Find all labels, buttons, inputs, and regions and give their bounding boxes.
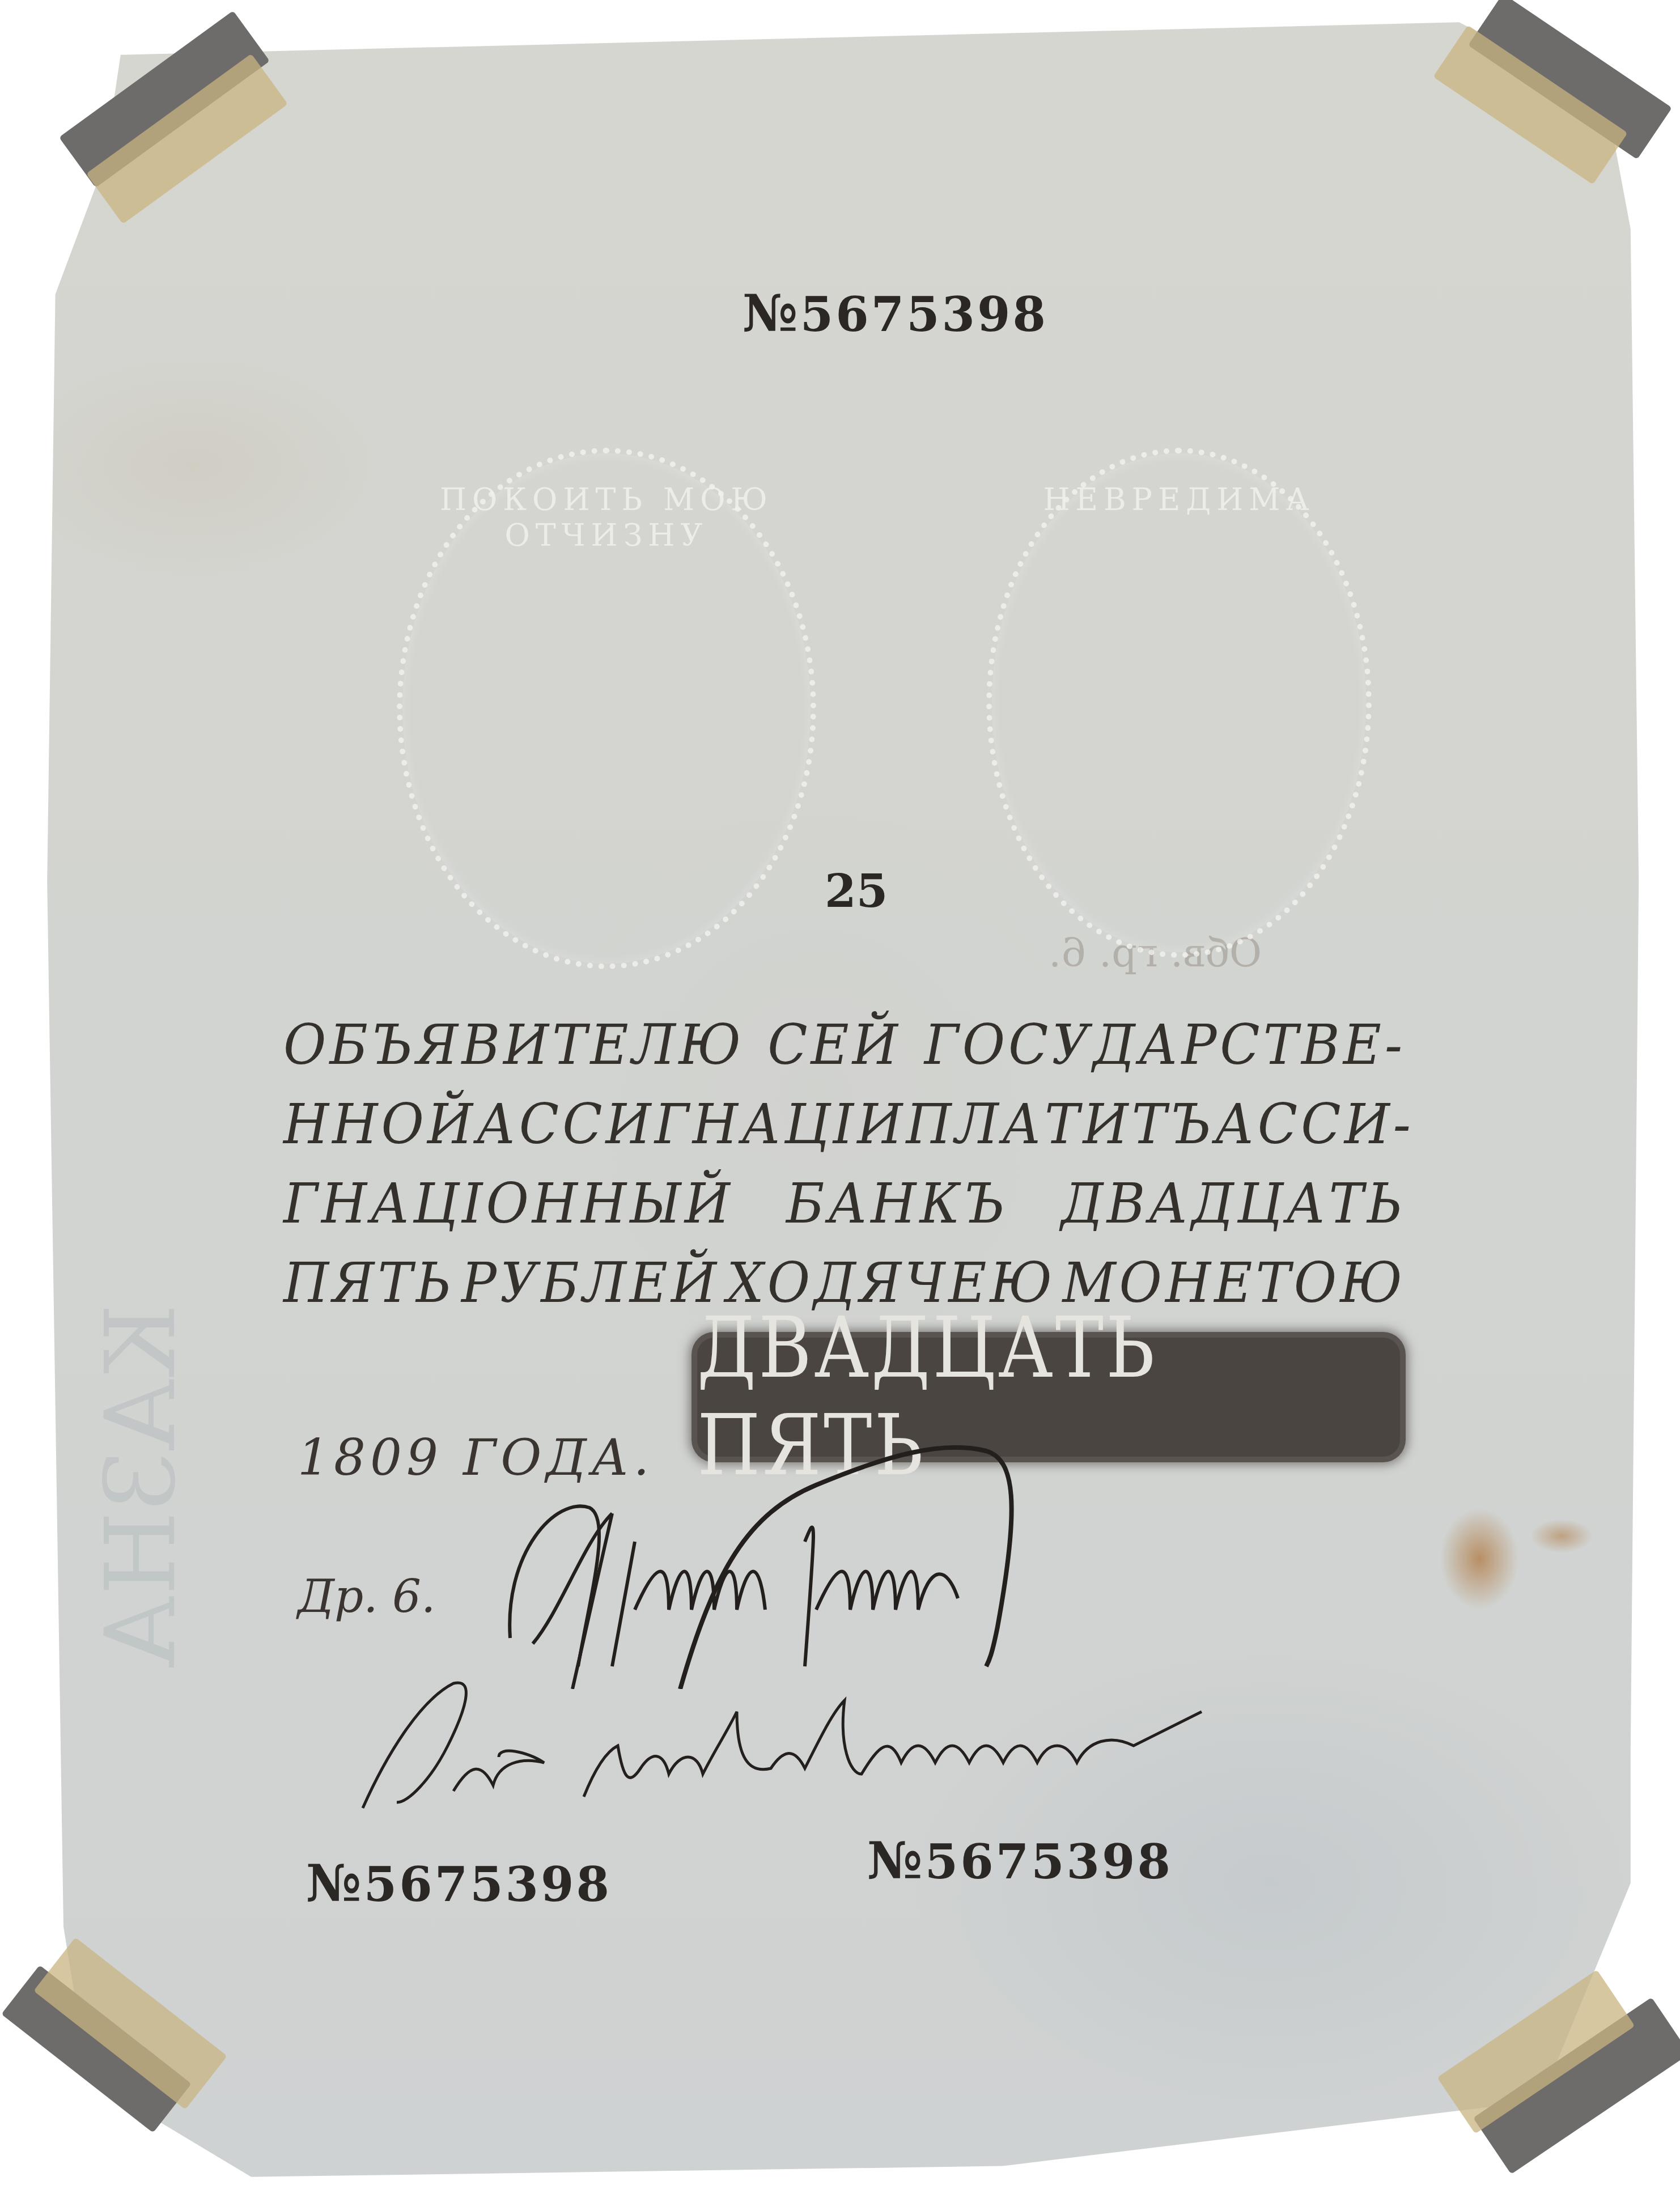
signature-director xyxy=(317,1372,1508,1689)
serial-number-value: 5675398 xyxy=(364,1856,612,1912)
word: ОБЪЯВИТЕЛЮ xyxy=(283,1013,744,1076)
corner-tape-bottom-right xyxy=(1406,1933,1680,2193)
bleed-through-vertical-text: КАЗНА xyxy=(85,1304,197,1668)
body-text-line-2: ННОЙ АССИГНАЦІИ ПЛАТИТЪ АССИ- xyxy=(283,1092,1406,1156)
corner-tape-top-left xyxy=(23,34,261,238)
numero-sign: № xyxy=(867,1831,925,1891)
watermark-left-text: ПОКОИТЬ МОЮ ОТЧИЗНУ xyxy=(402,482,811,553)
watermark-oval-left: ПОКОИТЬ МОЮ ОТЧИЗНУ xyxy=(397,448,816,969)
word: ГОСУДАРСТВЕ- xyxy=(924,1013,1406,1076)
word: ПЛАТИТЪ xyxy=(906,1092,1215,1156)
denomination-numeral: 25 xyxy=(825,864,888,918)
word: СЕЙ xyxy=(767,1013,901,1076)
word: АССИГНАЦІИ xyxy=(476,1092,906,1156)
word: ДВАДЦАТЬ xyxy=(1061,1172,1406,1235)
corner-tape-top-right xyxy=(1400,0,1680,170)
numero-sign: № xyxy=(306,1853,364,1913)
body-text-line-1: ОБЪЯВИТЕЛЮ СЕЙ ГОСУДАРСТВЕ- xyxy=(283,1013,1406,1076)
watermark-right-text: НЕВРЕДИМА xyxy=(992,482,1366,517)
corner-tape-bottom-left xyxy=(0,1904,238,2198)
serial-number-bottom-left: №5675398 xyxy=(306,1853,612,1913)
serial-number-value: 5675398 xyxy=(800,286,1048,342)
word: ГНАЦІОННЫЙ xyxy=(283,1172,733,1235)
numero-sign: № xyxy=(743,283,800,343)
word: РУБЛЕЙ xyxy=(461,1251,720,1314)
body-text-line-3: ГНАЦІОННЫЙ БАНКЪ ДВАДЦАТЬ xyxy=(283,1172,1406,1235)
word: ННОЙ xyxy=(283,1092,476,1156)
watermark-oval-right: НЕВРЕДИМА xyxy=(986,448,1372,958)
serial-number-top: №5675398 xyxy=(743,283,1048,343)
rust-stain-small xyxy=(1530,1519,1593,1553)
serial-number-bottom-right: №5675398 xyxy=(867,1831,1173,1891)
serial-number-value: 5675398 xyxy=(925,1834,1173,1890)
word: АССИ- xyxy=(1215,1092,1414,1156)
signature-cashier xyxy=(340,1678,1417,1814)
word: ПЯТЬ xyxy=(283,1251,455,1314)
word: БАНКЪ xyxy=(786,1172,1008,1235)
